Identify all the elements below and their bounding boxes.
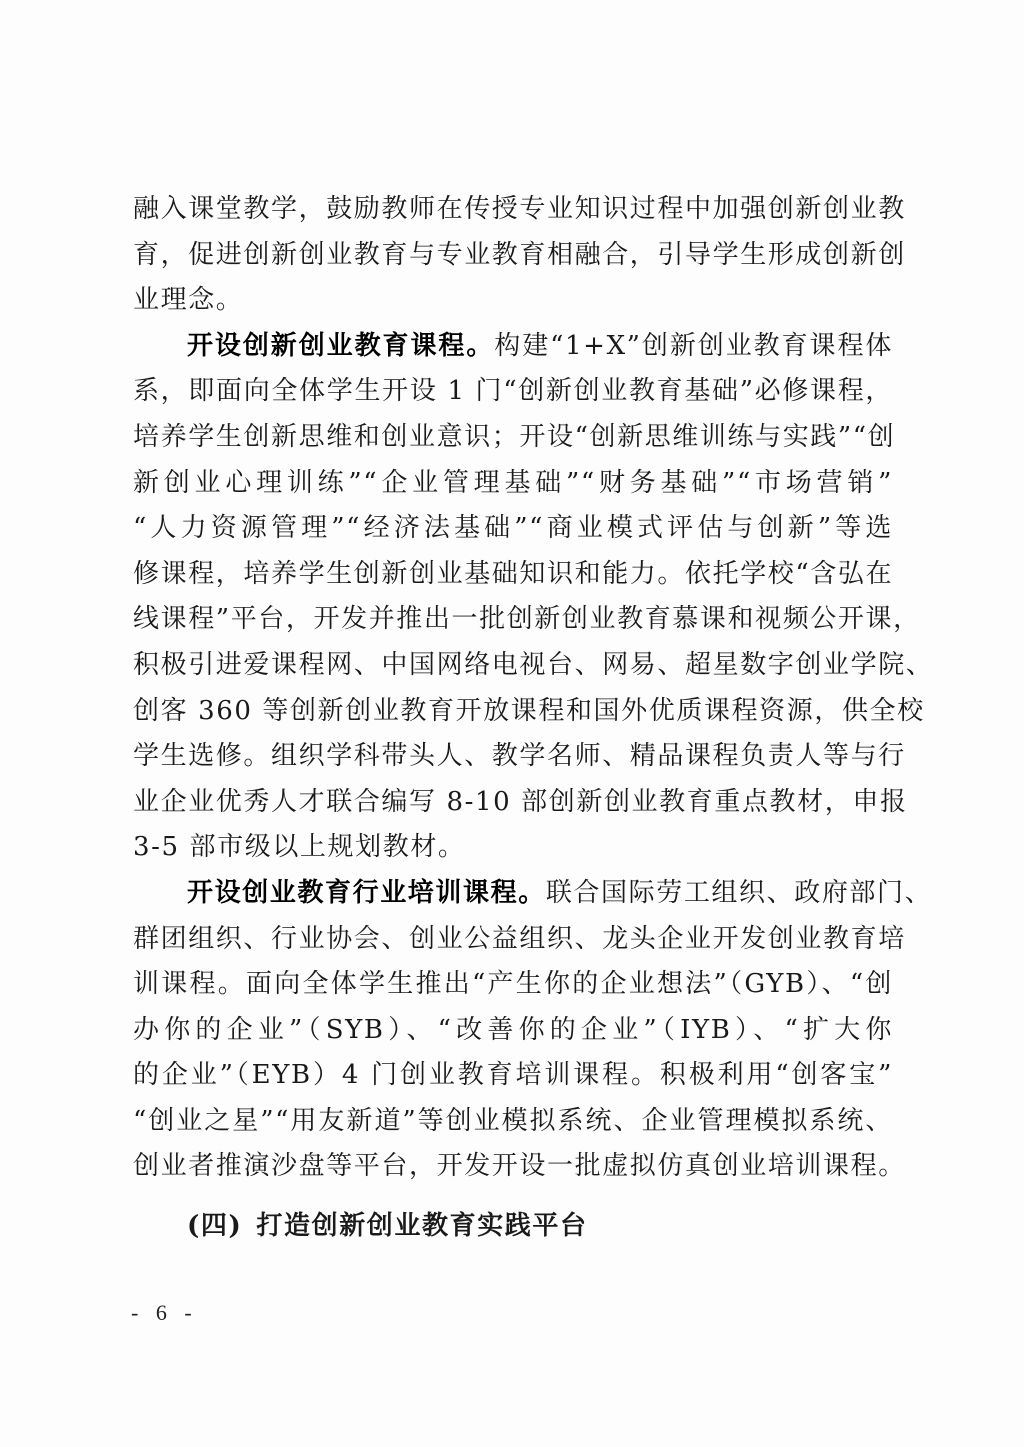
paragraph-lead: 开设创业教育行业培训课程。 xyxy=(187,878,546,908)
section-heading: (四)打造创新创业教育实践平台 xyxy=(187,1204,588,1250)
text-line: 业企业优秀人才联合编写 8-10 部创新创业教育重点教材，申报 xyxy=(133,780,893,826)
text-line: 3-5 部市级以上规划教材。 xyxy=(133,825,893,871)
text-line: 培养学生创新思维和创业意识；开设“创新思维训练与实践”“创 xyxy=(133,415,893,461)
text-line: 的企业”（EYB）4 门创业教育培训课程。积极利用“创客宝” xyxy=(133,1053,893,1099)
text-line: 办你的企业”（SYB）、“改善你的企业”（IYB）、“扩大你 xyxy=(133,1008,893,1054)
paragraph-lead-line: 开设创业教育行业培训课程。联合国际劳工组织、政府部门、 xyxy=(133,871,893,917)
text-line: 学生选修。组织学科带头人、教学名师、精品课程负责人等与行 xyxy=(133,734,893,780)
text-span: 构建“1+X”创新创业教育课程体 xyxy=(494,331,893,361)
text-line: “人力资源管理”“经济法基础”“商业模式评估与创新”等选 xyxy=(133,506,893,552)
text-line: 融入课堂教学，鼓励教师在传授专业知识过程中加强创新创业教 xyxy=(133,187,893,233)
text-line: 积极引进爱课程网、中国网络电视台、网易、超星数字创业学院、 xyxy=(133,643,893,689)
text-line: 育，促进创新创业教育与专业教育相融合，引导学生形成创新创 xyxy=(133,233,893,279)
text-line: 系，即面向全体学生开设 1 门“创新创业教育基础”必修课程， xyxy=(133,369,893,415)
document-page: 融入课堂教学，鼓励教师在传授专业知识过程中加强创新创业教 育，促进创新创业教育与… xyxy=(0,0,1024,1447)
body-text: 融入课堂教学，鼓励教师在传授专业知识过程中加强创新创业教 育，促进创新创业教育与… xyxy=(133,187,893,1190)
text-line: 新创业心理训练”“企业管理基础”“财务基础”“市场营销” xyxy=(133,461,893,507)
text-line: 业理念。 xyxy=(133,278,893,324)
section-number: (四) xyxy=(187,1211,242,1241)
text-line: 修课程，培养学生创新创业基础知识和能力。依托学校“含弘在 xyxy=(133,552,893,598)
section-title: 打造创新创业教育实践平台 xyxy=(256,1211,587,1241)
text-line: 训课程。面向全体学生推出“产生你的企业想法”（GYB）、“创 xyxy=(133,962,893,1008)
paragraph-lead: 开设创新创业教育课程。 xyxy=(187,331,494,361)
text-line: “创业之星”“用友新道”等创业模拟系统、企业管理模拟系统、 xyxy=(133,1099,893,1145)
text-line: 创业者推演沙盘等平台，开发开设一批虚拟仿真创业培训课程。 xyxy=(133,1144,893,1190)
text-line: 群团组织、行业协会、创业公益组织、龙头企业开发创业教育培 xyxy=(133,917,893,963)
text-line: 创客 360 等创新创业教育开放课程和国外优质课程资源，供全校 xyxy=(133,689,893,735)
page-number: - 6 - xyxy=(131,1298,198,1328)
paragraph-lead-line: 开设创新创业教育课程。构建“1+X”创新创业教育课程体 xyxy=(133,324,893,370)
text-line: 线课程”平台，开发并推出一批创新创业教育慕课和视频公开课， xyxy=(133,597,893,643)
text-span: 联合国际劳工组织、政府部门、 xyxy=(546,878,932,908)
